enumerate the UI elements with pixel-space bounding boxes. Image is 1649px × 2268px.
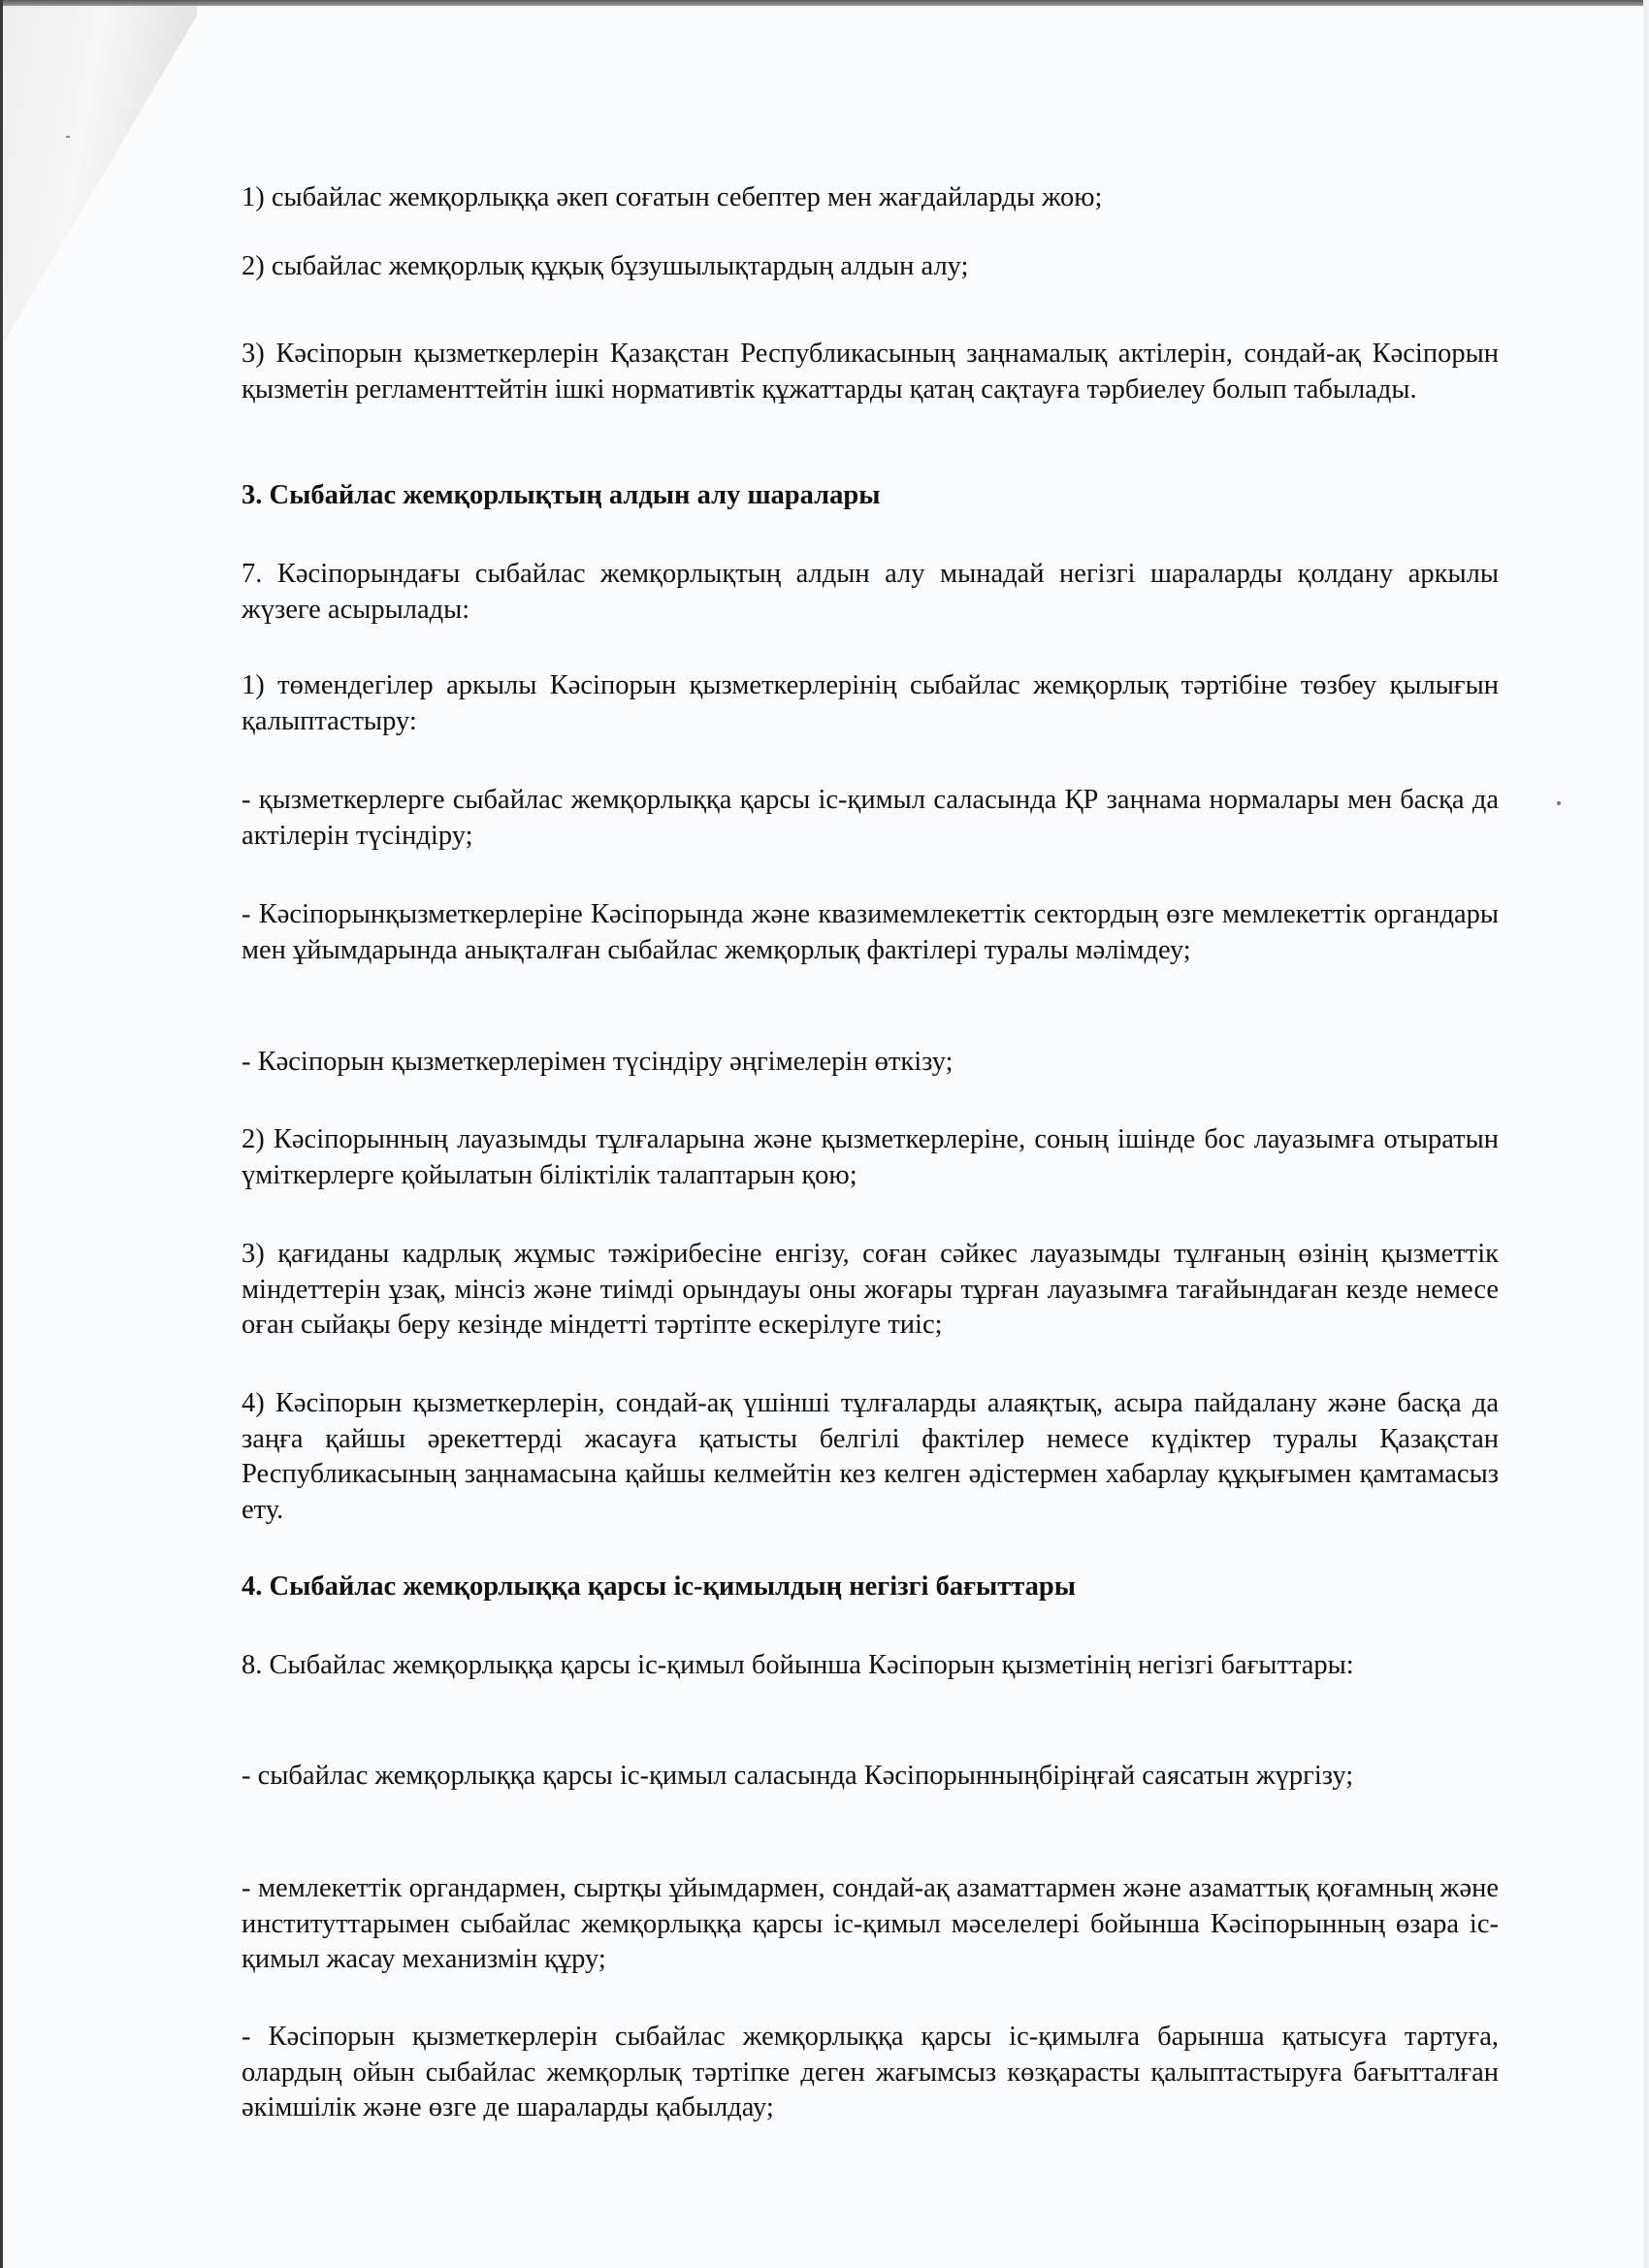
paragraph-8: 8. Сыбайлас жемқорлыққа қарсы іс-қимыл б… <box>242 1648 1499 1684</box>
bullet-administrative-measures: - Кәсіпорын қызметкерлерін сыбайлас жемқ… <box>242 2020 1499 2126</box>
bullet-inform-facts: - Кәсіпорынқызметкерлеріне Кәсіпорында ж… <box>242 897 1499 968</box>
list-item-3: 3) қағиданы кадрлық жұмыс тәжірибесіне е… <box>242 1237 1499 1344</box>
scan-top-border <box>0 0 1649 6</box>
list-item-prevention: 2) сыбайлас жемқорлық құқық бұзушылықтар… <box>242 249 1499 285</box>
bullet-explanatory-talks: - Кәсіпорын қызметкерлерімен түсіндіру ә… <box>242 1045 1499 1081</box>
list-item-1: 1) төмендегілер аркылы Кәсіпорын қызметк… <box>242 668 1499 739</box>
paragraph-7: 7. Кәсіпорындағы сыбайлас жемқорлықтың а… <box>242 557 1499 628</box>
scan-speck <box>66 136 70 138</box>
scan-left-border <box>0 0 3 2268</box>
bullet-unified-policy: - сыбайлас жемқорлыққа қарсы іс-қимыл са… <box>242 1759 1499 1795</box>
scan-speck <box>1557 801 1561 805</box>
bullet-explain-laws: - қызметкерлерге сыбайлас жемқорлыққа қа… <box>242 783 1499 854</box>
section-heading-4: 4. Сыбайлас жемқорлыққа қарсы іс-қимылды… <box>242 1570 1499 1605</box>
list-item-causes: 1) сыбайлас жемқорлыққа әкеп соғатын себ… <box>242 180 1499 216</box>
list-item-4: 4) Кәсіпорын қызметкерлерін, сондай-ақ ү… <box>242 1386 1499 1528</box>
list-item-2: 2) Кәсіпорынның лауазымды тұлғаларына жә… <box>242 1122 1499 1193</box>
folded-page-corner <box>3 6 197 340</box>
section-heading-3: 3. Сыбайлас жемқорлықтың алдын алу шарал… <box>242 478 1499 514</box>
list-item-education: 3) Кәсіпорын қызметкерлерін Қазақстан Ре… <box>242 337 1499 407</box>
bullet-interaction-mechanism: - мемлекеттік органдармен, сыртқы ұйымда… <box>242 1871 1499 1978</box>
scan-right-border <box>1643 0 1649 2268</box>
